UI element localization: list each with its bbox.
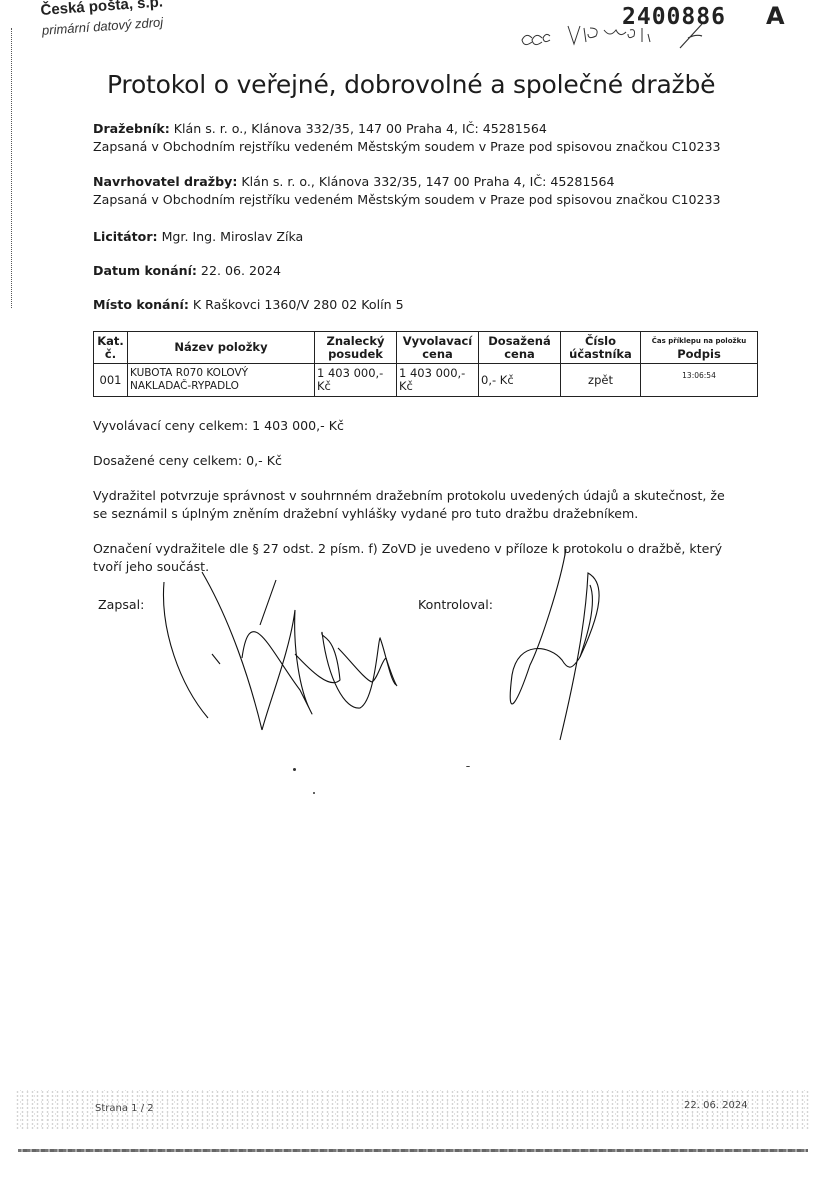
drazebnik-value: Klán s. r. o., Klánova 332/35, 147 00 Pr… [170,121,547,136]
statement-2-line-1: Označení vydražitele dle § 27 odst. 2 pí… [93,540,722,558]
header-cislo-l2: účastníka [569,347,632,361]
cell-cas-priklepu: 13:06:54 [643,369,755,382]
document-title: Protokol o veřejné, dobrovolné a společn… [107,70,715,99]
cell-vyvolavaci: 1 403 000,- Kč [397,364,479,397]
cell-cislo: zpět [561,364,641,397]
footer-date: 22. 06. 2024 [684,1100,748,1111]
header-podpis-label: Podpis [677,347,721,361]
scan-margin-line [11,28,13,308]
navrhovatel-line: Navrhovatel dražby: Klán s. r. o., Kláno… [93,173,615,191]
header-name: Název položky [128,332,315,364]
scan-speck [466,766,470,767]
stamp-subtitle: primární datový zdroj [41,14,164,38]
header-kat: Kat. č. [94,332,128,364]
cell-name-l2: NAKLADAČ-RYPADLO [130,380,239,392]
header-vyvolavaci-l1: Vyvolavací [403,334,473,348]
reference-number: 2400886 [622,4,726,30]
licitator-line: Licitátor: Mgr. Ing. Miroslav Zíka [93,228,303,246]
header-dosazena-l1: Dosažená [488,334,551,348]
header-cislo-l1: Číslo [585,334,616,348]
licitator-label: Licitátor: [93,229,158,244]
statement-1-line-2: se seznámil s úplným zněním dražební vyh… [93,505,638,523]
header-cislo: Číslo účastníka [561,332,641,364]
total-vyvolavaci: Vyvolávací ceny celkem: 1 403 000,- Kč [93,417,344,435]
navrhovatel-registration: Zapsaná v Obchodním rejstříku vedeném Mě… [93,191,721,209]
header-vyvolavaci-l2: cena [422,347,453,361]
header-znalecky-l2: posudek [328,347,383,361]
scan-speck [313,792,315,794]
misto-value: K Raškovci 1360/V 280 02 Kolín 5 [189,297,404,312]
table-row: 001 KUBOTA R070 KOLOVÝ NAKLADAČ-RYPADLO … [94,364,758,397]
footer-rule [18,1149,808,1152]
cell-znalecky: 1 403 000,- Kč [315,364,397,397]
table-header-row: Kat. č. Název položky Znalecký posudek V… [94,332,758,364]
signature-kontroloval [500,545,620,745]
cell-dosazena: 0,- Kč [479,364,561,397]
misto-line: Místo konání: K Raškovci 1360/V 280 02 K… [93,296,404,314]
drazebnik-line: Dražebník: Klán s. r. o., Klánova 332/35… [93,120,547,138]
cell-podpis: 13:06:54 [641,364,758,397]
header-podpis: Čas příklepu na položku Podpis [641,332,758,364]
footer-page-number: Strana 1 / 2 [95,1103,154,1114]
datum-value: 22. 06. 2024 [197,263,281,278]
scan-speck [293,768,296,771]
misto-label: Místo konání: [93,297,189,312]
cell-name-l1: KUBOTA R070 KOLOVÝ [130,367,248,379]
cell-name: KUBOTA R070 KOLOVÝ NAKLADAČ-RYPADLO [128,364,315,397]
zapsal-label: Zapsal: [98,596,144,614]
drazebnik-registration: Zapsaná v Obchodním rejstříku vedeném Mě… [93,138,721,156]
reference-suffix: A [766,2,785,30]
drazebnik-label: Dražebník: [93,121,170,136]
header-znalecky: Znalecký posudek [315,332,397,364]
header-vyvolavaci: Vyvolavací cena [397,332,479,364]
header-znalecky-l1: Znalecký [327,334,385,348]
navrhovatel-value: Klán s. r. o., Klánova 332/35, 147 00 Pr… [237,174,614,189]
licitator-value: Mgr. Ing. Miroslav Zíka [158,229,304,244]
postal-stamp: Česká pošta, s.p. primární datový zdroj [40,0,165,38]
header-dosazena-l2: cena [504,347,535,361]
statement-1-line-1: Vydražitel potvrzuje správnost v souhrnn… [93,487,725,505]
header-dosazena: Dosažená cena [479,332,561,364]
datum-label: Datum konání: [93,263,197,278]
datum-line: Datum konání: 22. 06. 2024 [93,262,281,280]
cell-kat: 001 [94,364,128,397]
auction-items-table: Kat. č. Název položky Znalecký posudek V… [93,331,758,397]
total-dosazene: Dosažené ceny celkem: 0,- Kč [93,452,282,470]
navrhovatel-label: Navrhovatel dražby: [93,174,237,189]
signature-zapsal [150,570,450,750]
